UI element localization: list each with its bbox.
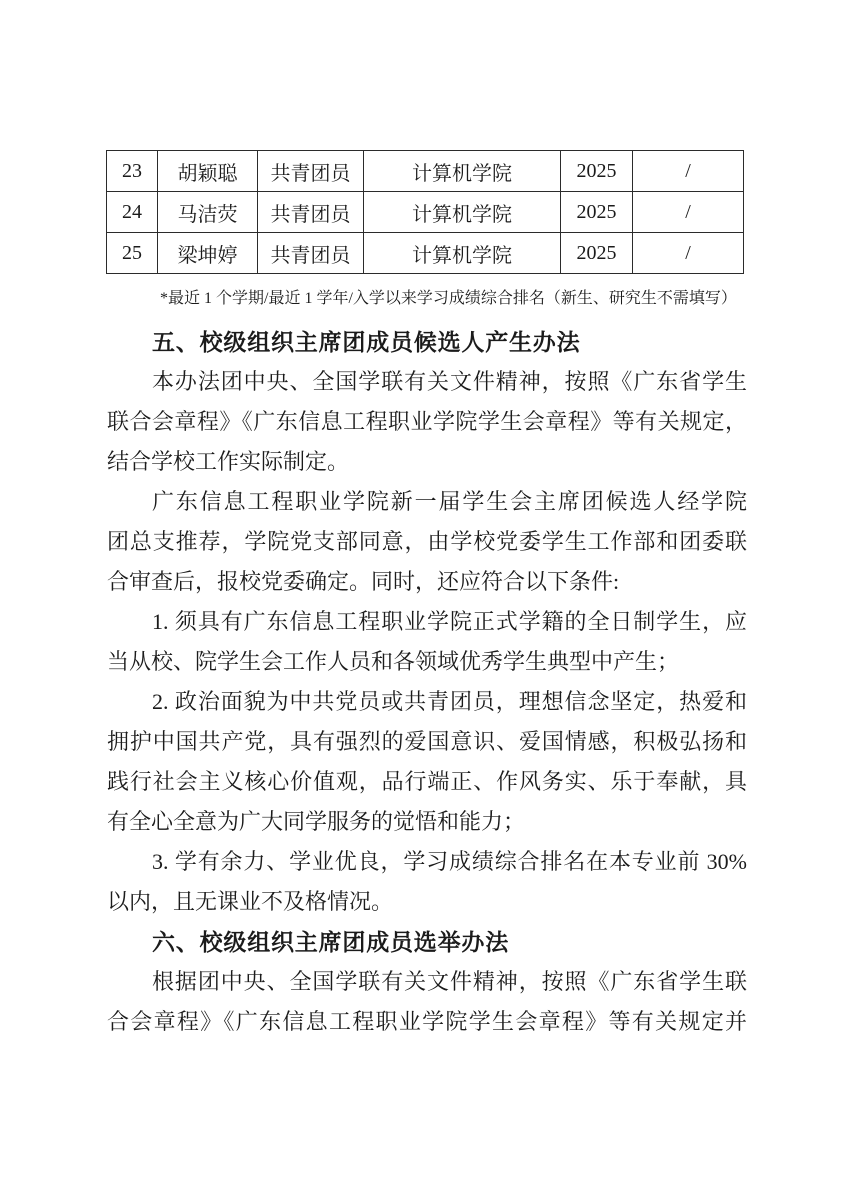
table-cell: 25: [107, 233, 158, 274]
text-line: 根据团中央、全国学联有关文件精神，按照《广东省学生联: [107, 962, 747, 1002]
text-line: 本办法团中央、全国学联有关文件精神，按照《广东省学生: [107, 362, 747, 402]
text-line: 团总支推荐，学院党支部同意，由学校党委学生工作部和团委联: [107, 522, 747, 562]
text-line: 1. 须具有广东信息工程职业学院正式学籍的全日制学生，应: [107, 602, 747, 642]
text-line: 以内，且无课业不及格情况。: [107, 882, 747, 922]
text-line: 结合学校工作实际制定。: [107, 442, 747, 482]
table-cell: 2025: [561, 233, 633, 274]
table-cell: /: [633, 233, 744, 274]
text-line: 广东信息工程职业学院新一届学生会主席团候选人经学院: [107, 482, 747, 522]
table-cell: 计算机学院: [364, 151, 561, 192]
section-heading: 六、校级组织主席团成员选举办法: [107, 922, 747, 962]
text-line: 践行社会主义核心价值观，品行端正、作风务实、乐于奉献，具: [107, 762, 747, 802]
table-cell: 2025: [561, 151, 633, 192]
table-cell: 计算机学院: [364, 192, 561, 233]
table-row: 24马洁荧共青团员计算机学院2025/: [107, 192, 744, 233]
text-line: 拥护中国共产党，具有强烈的爱国意识、爱国情感，积极弘扬和: [107, 722, 747, 762]
table-cell: 2025: [561, 192, 633, 233]
text-line: 合审查后，报校党委确定。同时，还应符合以下条件:: [107, 562, 747, 602]
table-cell: 计算机学院: [364, 233, 561, 274]
table-row: 25梁坤婷共青团员计算机学院2025/: [107, 233, 744, 274]
section-heading: 五、校级组织主席团成员候选人产生办法: [107, 322, 747, 362]
text-line: 合会章程》《广东信息工程职业学院学生会章程》等有关规定并: [107, 1002, 747, 1042]
table-cell: /: [633, 151, 744, 192]
text-line: 3. 学有余力、学业优良，学习成绩综合排名在本专业前 30%: [107, 842, 747, 882]
member-table-body: 23胡颖聪共青团员计算机学院2025/24马洁荧共青团员计算机学院2025/25…: [107, 151, 744, 274]
table-cell: 马洁荧: [158, 192, 258, 233]
text-line: 当从校、院学生会工作人员和各领域优秀学生典型中产生；: [107, 642, 747, 682]
table-footnote: *最近 1 个学期/最近 1 学年/入学以来学习成绩综合排名（新生、研究生不需填…: [160, 287, 760, 311]
table-cell: 24: [107, 192, 158, 233]
table-cell: 23: [107, 151, 158, 192]
table-row: 23胡颖聪共青团员计算机学院2025/: [107, 151, 744, 192]
table-cell: /: [633, 192, 744, 233]
document-page: 23胡颖聪共青团员计算机学院2025/24马洁荧共青团员计算机学院2025/25…: [0, 0, 849, 1200]
document-body: 五、校级组织主席团成员候选人产生办法本办法团中央、全国学联有关文件精神，按照《广…: [107, 322, 747, 1042]
text-line: 2. 政治面貌为中共党员或共青团员，理想信念坚定，热爱和: [107, 682, 747, 722]
table-cell: 梁坤婷: [158, 233, 258, 274]
table-cell: 共青团员: [258, 192, 364, 233]
text-line: 有全心全意为广大同学服务的觉悟和能力；: [107, 802, 747, 842]
text-line: 联合会章程》《广东信息工程职业学院学生会章程》等有关规定，: [107, 402, 747, 442]
table-cell: 共青团员: [258, 233, 364, 274]
table-cell: 胡颖聪: [158, 151, 258, 192]
table-cell: 共青团员: [258, 151, 364, 192]
member-table: 23胡颖聪共青团员计算机学院2025/24马洁荧共青团员计算机学院2025/25…: [106, 150, 744, 274]
